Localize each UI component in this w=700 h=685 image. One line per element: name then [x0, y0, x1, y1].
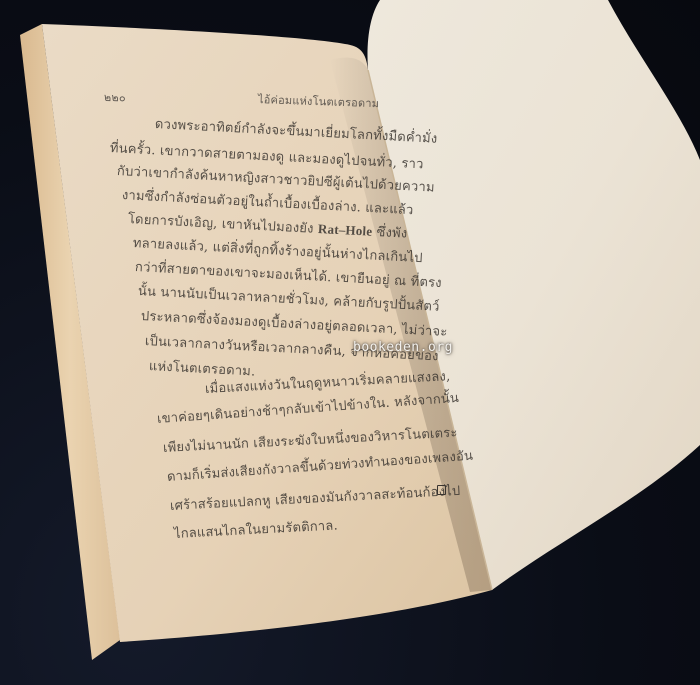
open-book — [0, 0, 700, 685]
watermark: bookeden.org — [353, 340, 453, 355]
book-shapes — [0, 0, 700, 685]
